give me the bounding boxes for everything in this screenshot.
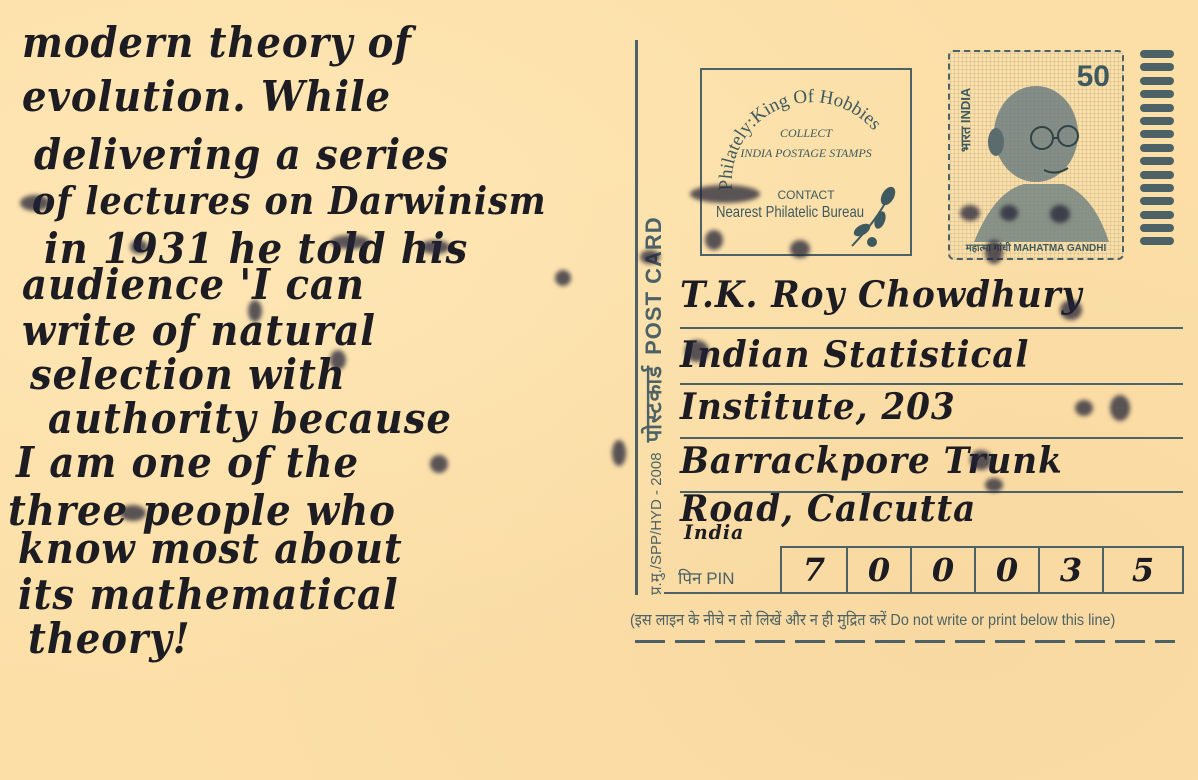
imprint-hindi-label: पोस्टकार्ड (641, 365, 666, 442)
ink-smudge (685, 340, 709, 362)
address-line: Institute, 203 (680, 386, 956, 428)
franking-bar (1140, 171, 1174, 179)
pin-digit-box[interactable]: 7 (780, 546, 848, 594)
franking-bar (1140, 130, 1174, 138)
ink-smudge (705, 230, 723, 250)
ink-smudge (960, 205, 980, 221)
postcard: modern theory of evolution. While delive… (0, 0, 1198, 780)
do-not-write-note: (इस लाइन के नीचे न तो लिखें और न ही मुद्… (630, 608, 1115, 630)
ink-smudge (555, 270, 571, 286)
philatelic-bureau-text: Nearest Philatelic Bureau (716, 204, 864, 222)
message-line: modern theory of (22, 18, 412, 67)
franking-bars (1140, 50, 1176, 251)
postcard-imprint: प्र.मु./SPP/HYD - 2008 पोस्टकार्ड POST C… (638, 216, 668, 595)
franking-bar (1140, 157, 1174, 165)
message-line: its mathematical (18, 570, 399, 619)
gandhi-portrait-icon (964, 72, 1114, 242)
ink-smudge (640, 250, 660, 264)
address-rule (680, 383, 1183, 385)
philately-advert-box: Philately:King Of Hobbies COLLECT INDIA … (700, 68, 912, 256)
ink-smudge (330, 350, 346, 370)
ink-smudge (330, 235, 370, 249)
ink-smudge (1110, 395, 1130, 421)
pin-digit-box[interactable]: 5 (1102, 546, 1184, 594)
message-line: evolution. While (22, 72, 391, 121)
ink-smudge (130, 240, 148, 254)
address-rule (680, 327, 1183, 329)
pin-digit-box[interactable]: 0 (910, 546, 976, 594)
message-line: I am one of the (16, 438, 359, 487)
postage-stamp: भारत INDIA 50 महात्मा गांधी MAHATMA GAND… (948, 50, 1124, 260)
address-line: Indian Statistical (680, 334, 1029, 376)
pin-digit-box[interactable]: 0 (974, 546, 1040, 594)
address-country: India (684, 520, 744, 544)
pin-digit-box[interactable]: 0 (846, 546, 912, 594)
ink-smudge (1000, 205, 1018, 221)
franking-bar (1140, 224, 1174, 232)
dashed-cut-line (635, 640, 1175, 643)
message-line: know most about (18, 524, 403, 573)
ink-smudge (430, 455, 448, 473)
franking-bar (1140, 197, 1174, 205)
message-line: selection with (30, 350, 346, 399)
imprint-label: POST CARD (641, 216, 666, 355)
ink-smudge (420, 240, 450, 254)
ink-smudge (985, 240, 1003, 264)
pin-label: पिन PIN (678, 566, 735, 589)
pin-digit-box[interactable]: 3 (1038, 546, 1104, 594)
ink-smudge (970, 450, 992, 470)
message-line: write of natural (22, 306, 376, 355)
ink-smudge (790, 240, 810, 258)
franking-bar (1140, 77, 1174, 85)
philately-arc-text: Philately:King Of Hobbies (702, 70, 914, 258)
franking-bar (1140, 90, 1174, 98)
message-line: theory! (28, 614, 191, 663)
ink-smudge (985, 478, 1003, 492)
ink-smudge (690, 185, 760, 203)
address-line: T.K. Roy Chowdhury (680, 274, 1082, 316)
franking-bar (1140, 117, 1174, 125)
franking-bar (1140, 50, 1174, 58)
ink-smudge (20, 195, 50, 211)
ink-smudge (120, 505, 146, 521)
stamp-caption: महात्मा गांधी MAHATMA GANDHI (950, 240, 1122, 254)
message-line: audience 'I can (22, 260, 365, 309)
franking-bar (1140, 184, 1174, 192)
franking-bar (1140, 211, 1174, 219)
pin-baseline (664, 592, 1184, 594)
message-line: delivering a series (34, 130, 449, 179)
message-line: of lectures on Darwinism (32, 178, 547, 223)
franking-bar (1140, 63, 1174, 71)
franking-bar (1140, 104, 1174, 112)
address-rule (680, 437, 1183, 439)
ink-smudge (248, 300, 262, 322)
collect-heading: COLLECT (702, 126, 910, 141)
ink-smudge (1075, 400, 1093, 416)
ink-smudge (612, 440, 626, 466)
collect-subheading: INDIA POSTAGE STAMPS (702, 146, 910, 161)
address-line: Barrackpore Trunk (680, 440, 1063, 482)
ink-smudge (1060, 300, 1082, 320)
message-line: authority because (48, 394, 452, 443)
ink-smudge (1050, 205, 1070, 223)
franking-bar (1140, 237, 1174, 245)
franking-bar (1140, 144, 1174, 152)
imprint-code: प्र.मु./SPP/HYD - 2008 (648, 452, 665, 595)
